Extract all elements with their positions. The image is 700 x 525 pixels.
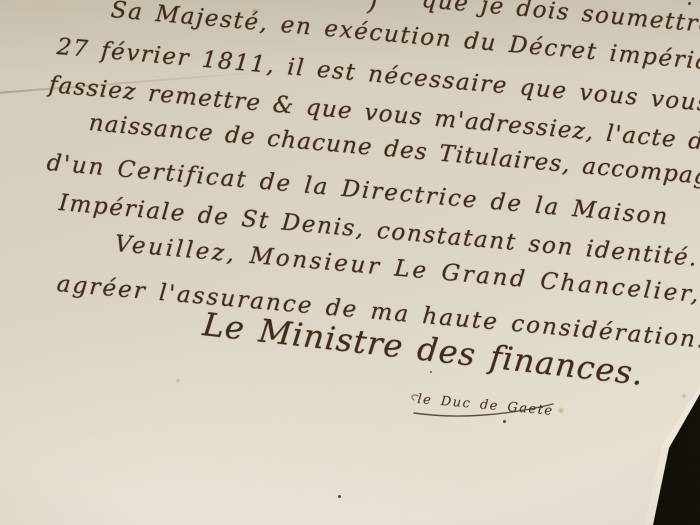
foxing-spot bbox=[175, 378, 181, 383]
ink-speck bbox=[688, 2, 691, 5]
autograph-signature-duc-de-gaete: le Duc de Gaete bbox=[417, 393, 554, 420]
letter-line-fragment-mark: ) bbox=[367, 0, 378, 17]
foxing-spot bbox=[681, 393, 687, 399]
photo-page: { "letter": { "lines": [ "que je dois so… bbox=[0, 0, 700, 525]
ink-speck bbox=[430, 371, 432, 373]
manuscript-letter-photo: ) que je dois soumettre Sa Majesté, en e… bbox=[0, 0, 700, 525]
ink-speck bbox=[338, 495, 341, 498]
foxing-spot bbox=[557, 407, 565, 414]
ink-speck bbox=[503, 420, 506, 423]
